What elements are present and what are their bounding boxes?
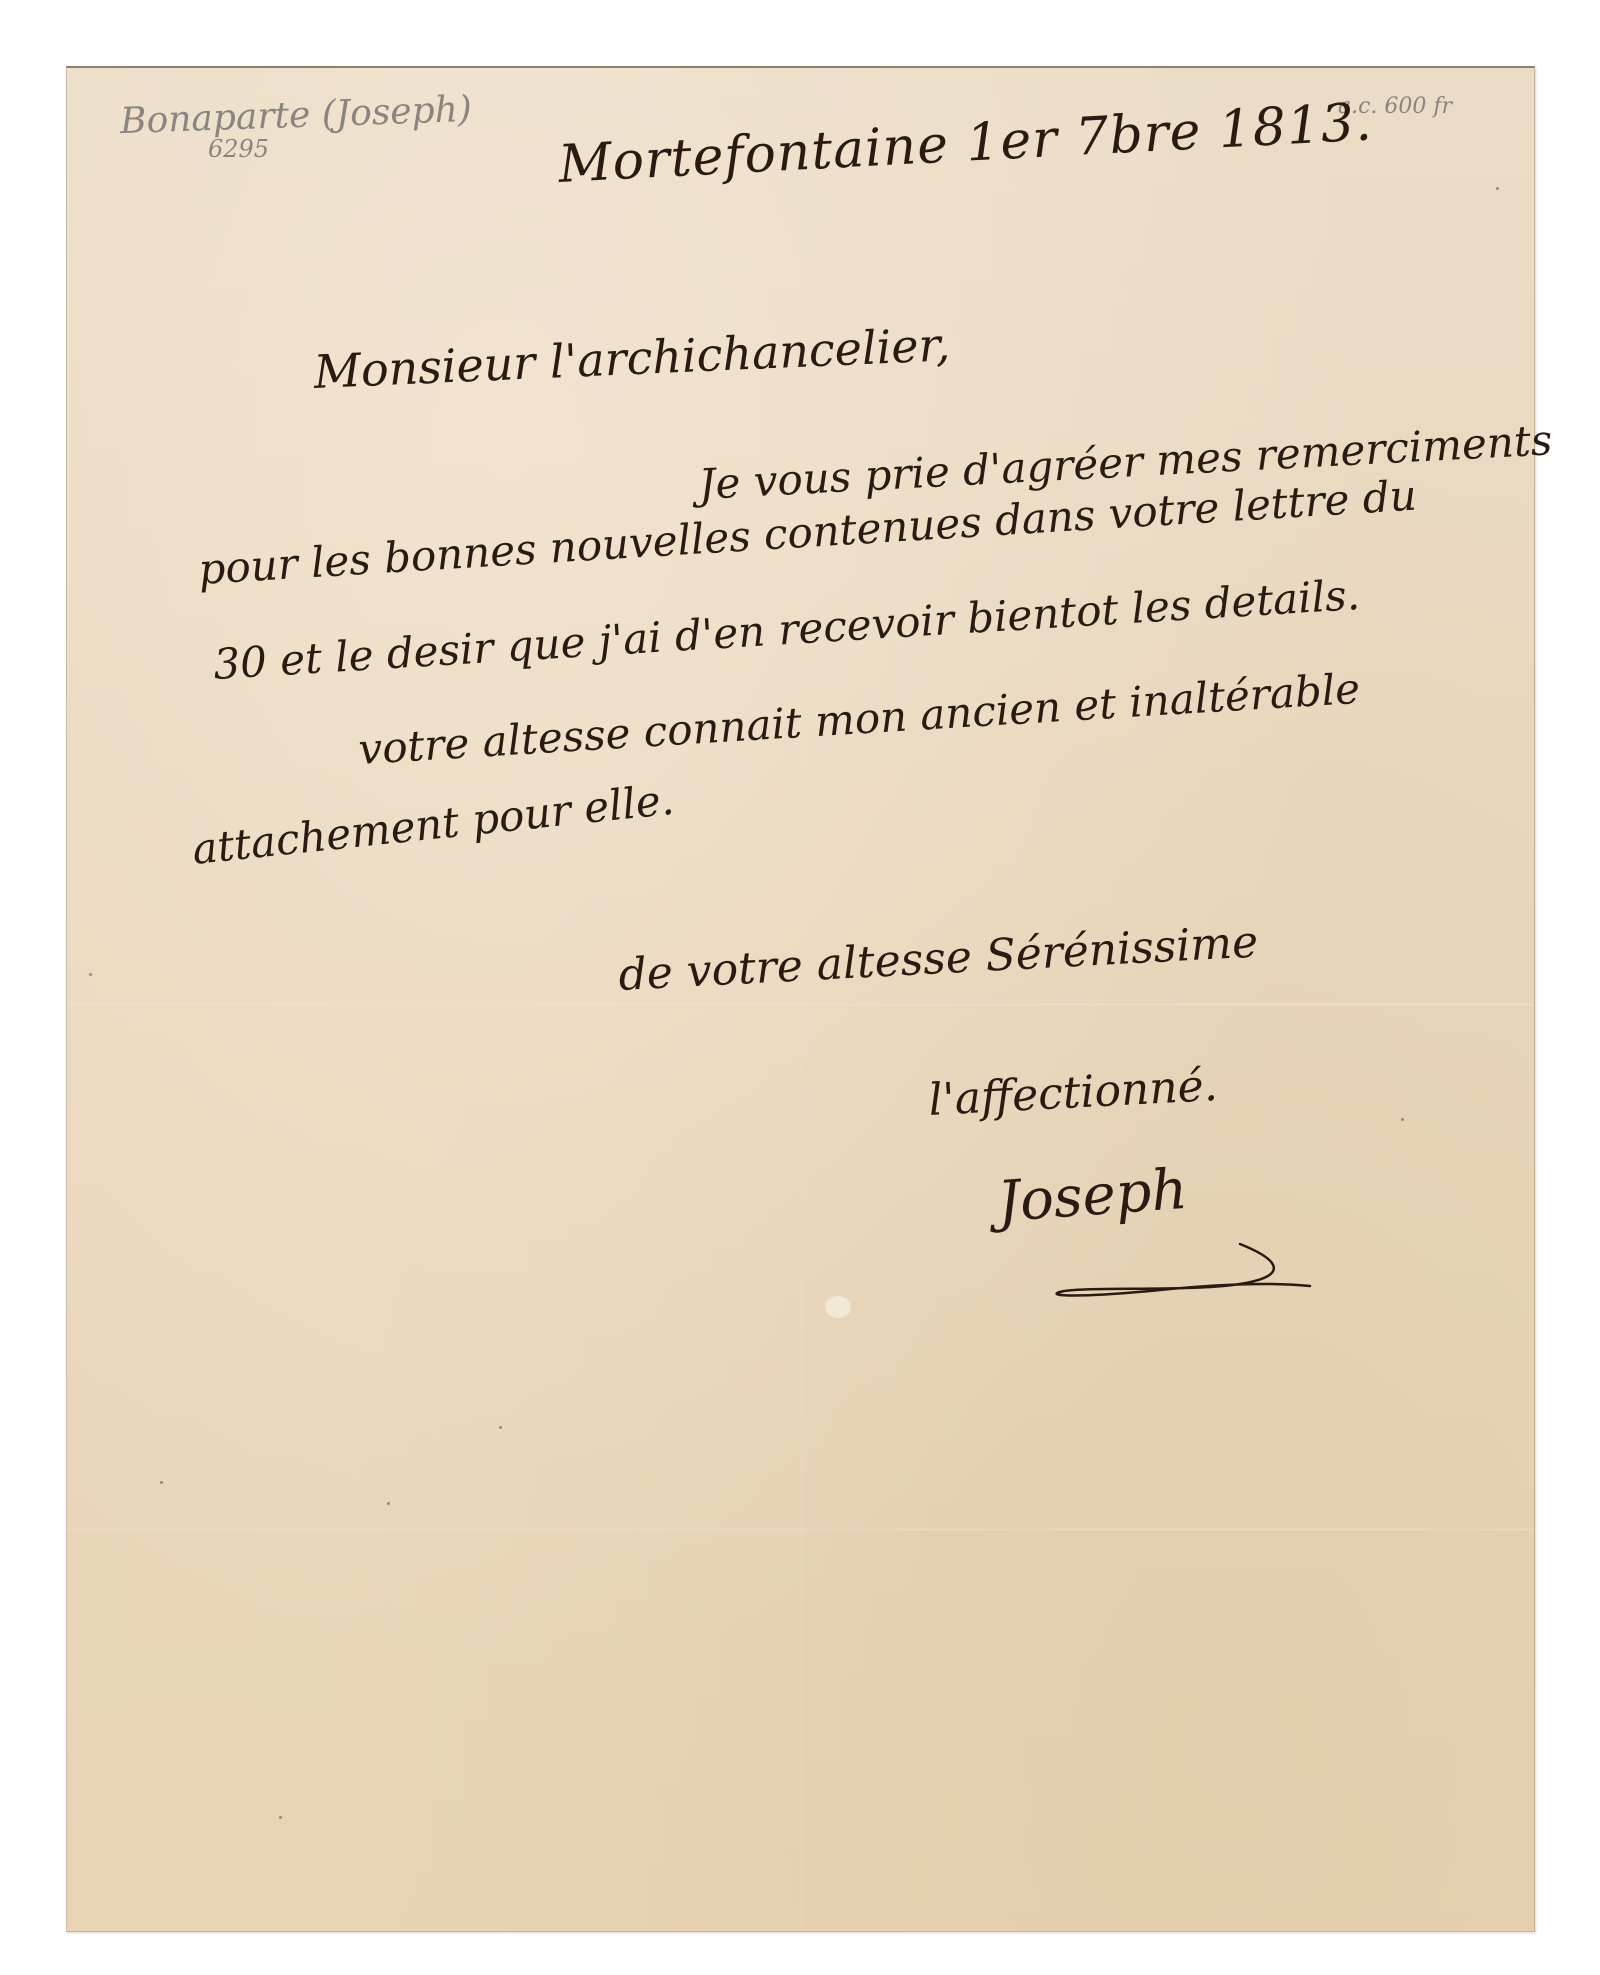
- paper-speck: [499, 1426, 502, 1429]
- signature-flourish-icon: [1040, 1240, 1320, 1300]
- archive-number-annotation: 6295: [208, 135, 269, 163]
- paper-speck: [89, 973, 92, 976]
- paper-speck: [279, 1816, 282, 1819]
- paper-stain: [825, 1296, 851, 1318]
- paper-speck: [1401, 1118, 1404, 1121]
- paper-speck: [387, 1502, 390, 1505]
- letter-signature: Joseph: [995, 1157, 1189, 1235]
- paper-speck: [160, 1481, 163, 1484]
- paper-speck: [1496, 187, 1499, 190]
